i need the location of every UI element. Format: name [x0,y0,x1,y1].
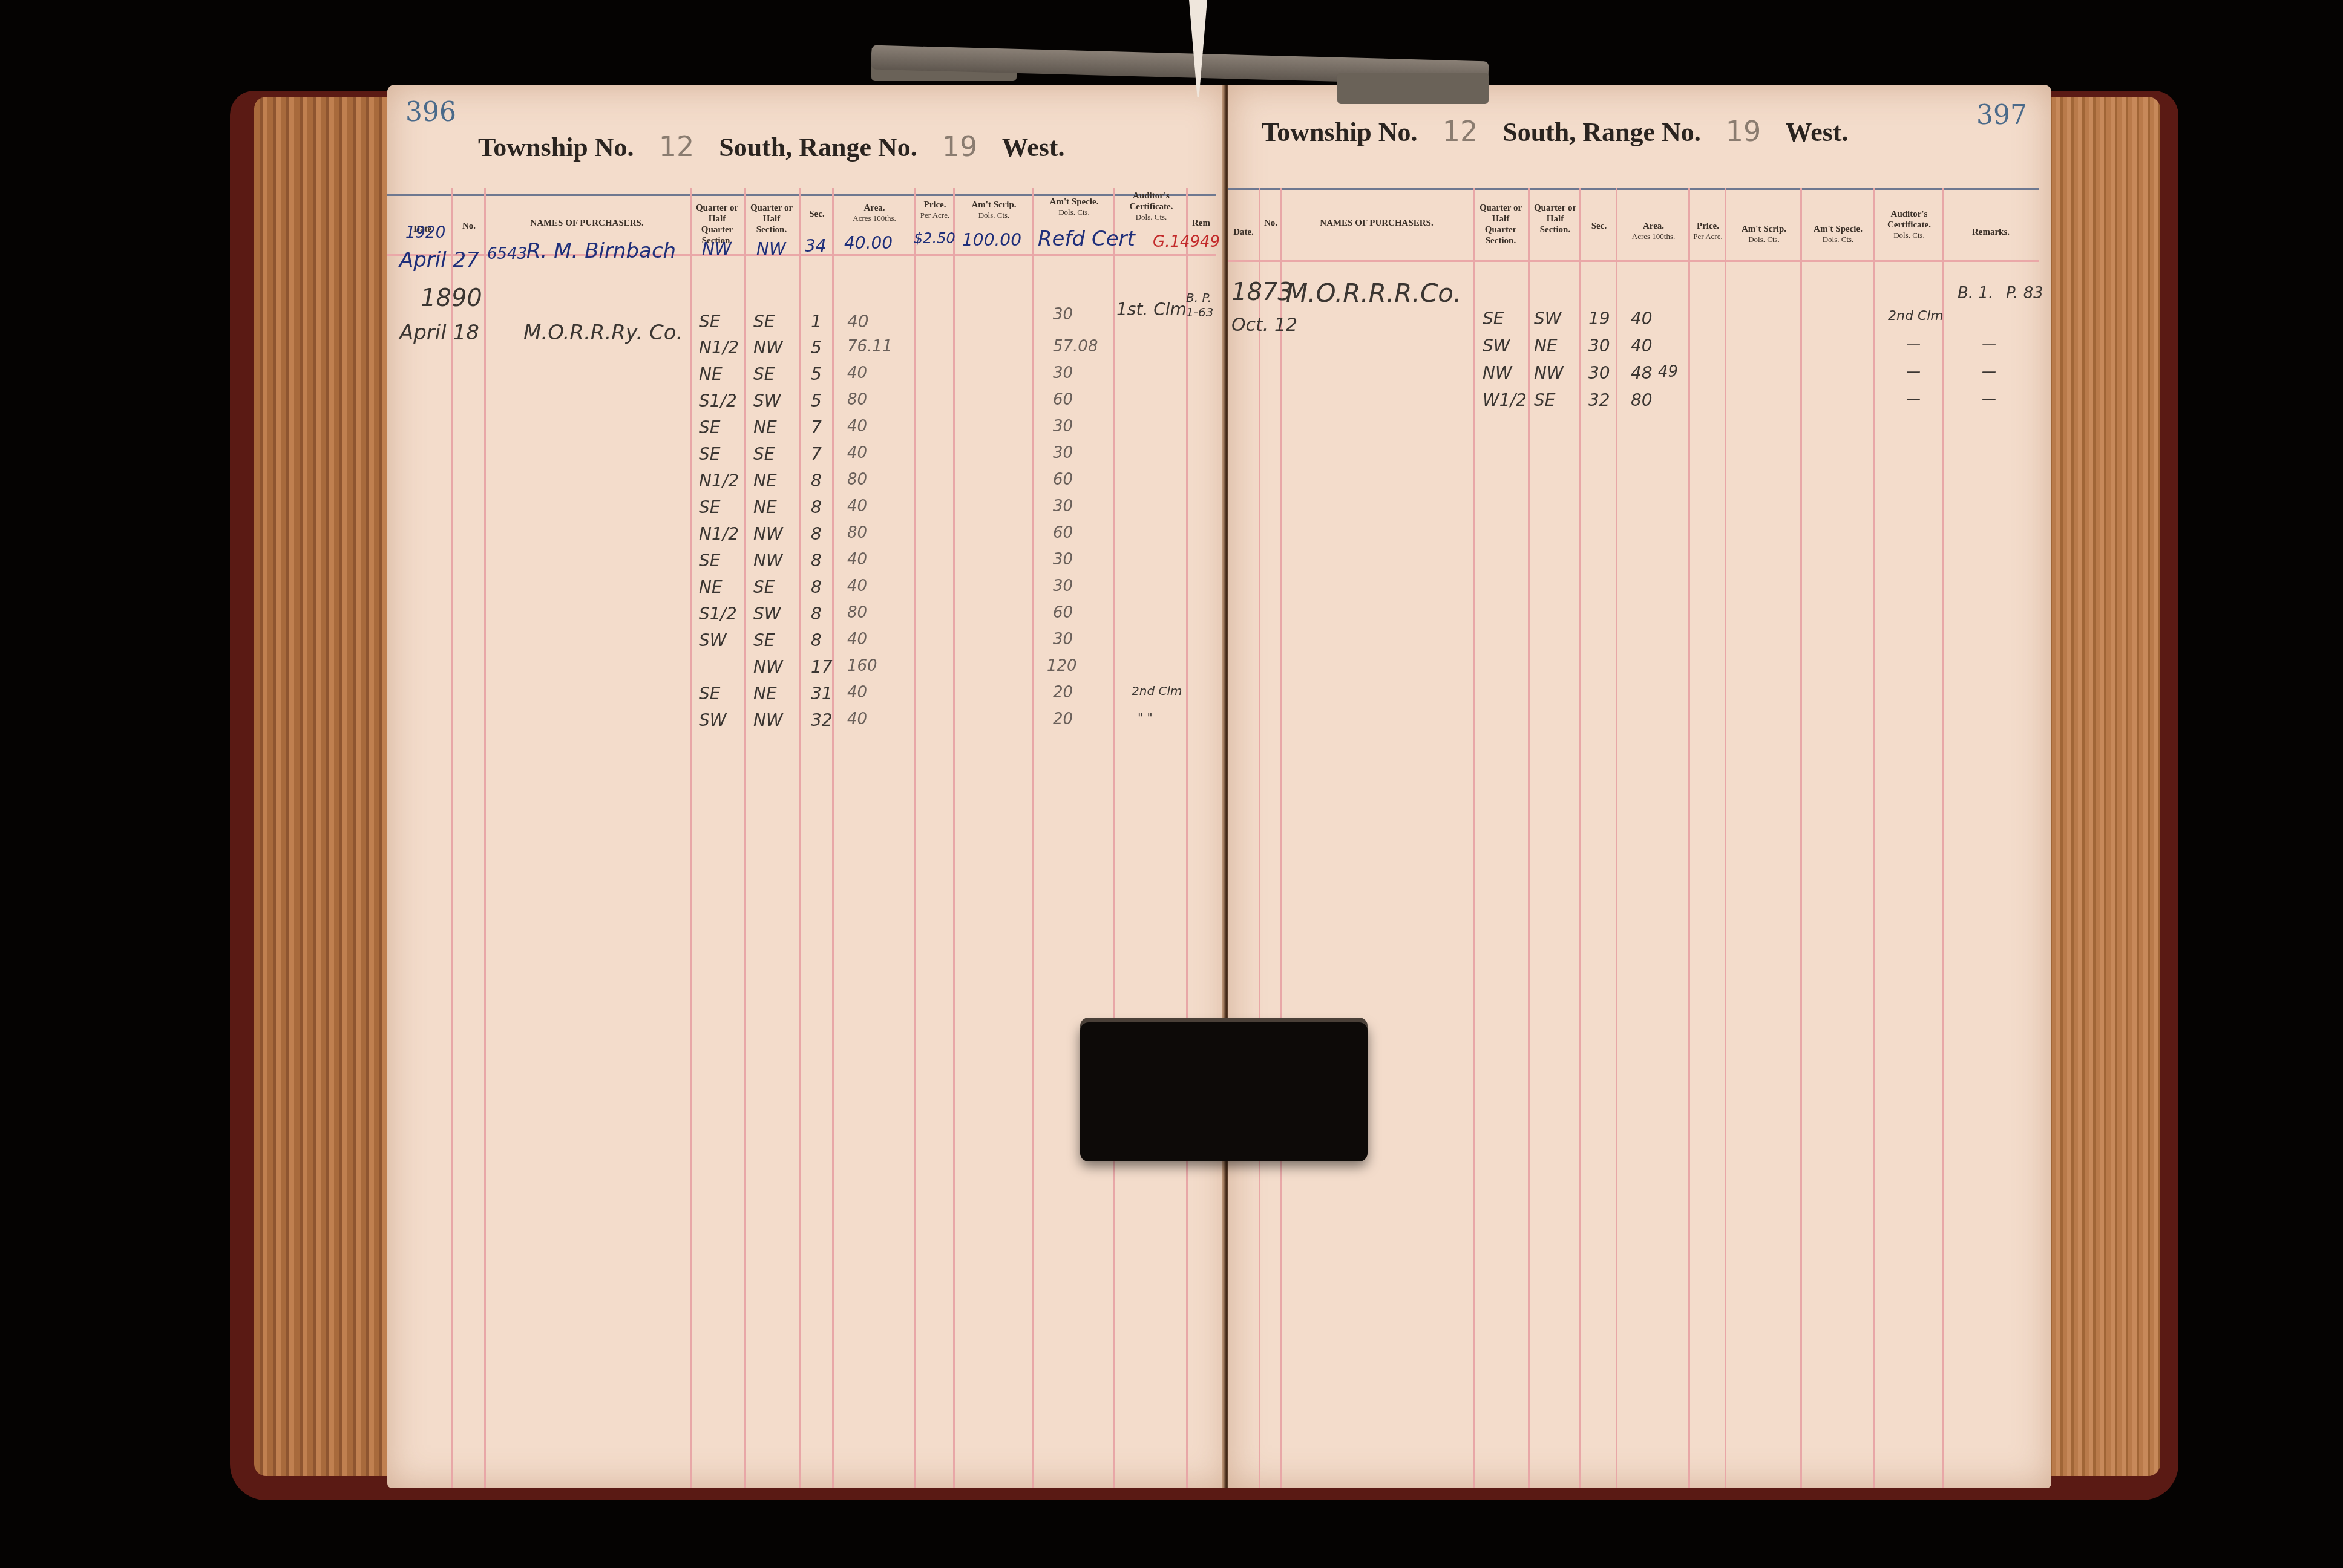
scrip-label: Am't Scrip. [971,200,1016,210]
entry-q: NE [1534,336,1558,356]
township-value: 12 [659,130,695,163]
entry-certificate: G.14949 [1153,233,1220,251]
area-sub: Acres 100ths. [1619,232,1688,241]
entry-sec: 5 [811,338,822,358]
entry-acres: 80 [847,604,867,622]
entry-acres: 40 [847,444,867,462]
entry-specie: 60 [1053,524,1073,542]
table-row: S1/2 SW 5 80 60 [387,391,1228,415]
entry-q: SW [753,604,781,624]
entry-qq: S1/2 [699,604,737,624]
entry-qq: SE [699,684,720,704]
entry-remarks: — [1982,336,1996,353]
entry-sec: 30 [1588,336,1610,356]
col-header-no: No. [1262,218,1280,229]
header-rule [1228,188,2039,190]
left-page: 396 Township No. 12 South, Range No. 19 … [387,85,1228,1488]
col-header-qq-section: Quarter or Half Quarter Section. [1476,203,1525,246]
bone-folder-icon [1189,0,1207,97]
col-header-specie: Am't Specie.Dols. Cts. [1803,224,1873,244]
entry-year: 1873 [1231,278,1293,306]
entry-specie: 60 [1053,471,1073,489]
township-value: 12 [1443,115,1478,148]
entry-q: NW [753,710,783,730]
entry-q: NW [753,524,783,544]
col-header-certificate: Auditor's Certificate.Dols. Cts. [1876,209,1942,240]
price-label: Price. [1697,221,1719,231]
entry-sec: 8 [811,577,822,597]
certificate-sub: Dols. Cts. [1876,230,1942,240]
west-label: West. [1786,117,1849,147]
column-divider [1579,188,1581,1488]
entry-q: NW [753,338,783,358]
certificate-sub: Dols. Cts. [1116,212,1186,222]
entry-certificate: 2nd Clm [1888,309,1944,324]
entry-qq: NE [699,364,723,384]
col-header-sec: Sec. [802,209,832,220]
column-divider [1280,188,1282,1488]
entry-q: NE [753,417,777,437]
column-divider [1528,188,1530,1488]
certificate-label: Auditor's Certificate. [1887,209,1931,230]
area-sub: Acres 100ths. [835,214,914,223]
page-stack-right [2045,97,2160,1476]
entry-year: 1920 [405,224,445,242]
col-header-scrip: Am't Scrip.Dols. Cts. [956,200,1032,220]
entry-acres: 80 [847,391,867,409]
entry-specie: 20 [1053,710,1073,728]
entry-sec: 8 [811,471,822,491]
col-header-q-section: Quarter or Half Section. [747,203,796,235]
column-header-rule [1228,260,2039,262]
entry-sec: 8 [811,550,822,570]
entry-acres: 80 [847,471,867,489]
page-stack-left [254,97,399,1476]
entry-remarks: — [1982,390,1996,407]
spatula-handle-icon [1337,73,1489,104]
township-label: Township No. [1262,117,1418,147]
range-label: South, Range No. [719,132,917,162]
price-sub: Per Acre. [917,211,953,220]
entry-acres: 40 [847,630,867,648]
entry-sec: 8 [811,524,822,544]
entry-sec: 19 [1588,309,1610,328]
col-header-purchasers: NAMES OF PURCHASERS. [490,218,684,229]
entry-purchaser: R. M. Birnbach [526,239,676,263]
entry-scrip: 100.00 [962,230,1021,250]
area-label: Area. [1643,221,1664,231]
entry-qq: SW [699,630,726,650]
entry-q: NE [753,497,777,517]
entry-sec: 1 [811,312,822,332]
township-label: Township No. [478,132,634,162]
col-header-purchasers: NAMES OF PURCHASERS. [1286,218,1467,229]
table-row: SW NW 32 40 20 " " [387,710,1228,734]
entry-acres: 40 [847,497,867,515]
column-divider [1473,188,1475,1488]
table-row: SE NW 8 40 30 [387,550,1228,575]
entry-acres: 80 [847,524,867,542]
scrip-sub: Dols. Cts. [1728,235,1800,244]
right-page: 397 Township No. 12 South, Range No. 19 … [1228,85,2051,1488]
entry-q: SE [753,364,775,384]
col-header-area: Area.Acres 100ths. [1619,221,1688,241]
table-row: N1/2 NW 8 80 60 [387,524,1228,548]
table-row: NE SE 8 40 30 [387,577,1228,601]
entry-year: 1890 [421,284,482,312]
column-divider [1942,188,1944,1488]
entry-remarks: B. P. 1-63 [1186,290,1222,319]
column-divider [1688,188,1690,1488]
entry-acres: 76.11 [847,338,892,356]
entry-qq: NW [702,239,732,259]
column-divider [1259,188,1260,1488]
page-title: Township No. 12 South, Range No. 19 West… [478,130,1064,163]
entry-specie: 30 [1053,444,1073,462]
col-header-q-section: Quarter or Half Section. [1531,203,1579,235]
table-row: SW SE 8 40 30 [387,630,1228,655]
entry-acres: 160 [847,657,877,675]
entry-specie: Refd Cert [1038,227,1135,251]
entry-qq: SE [699,312,720,332]
column-divider [1616,188,1617,1488]
entry-date: Oct. 12 [1231,315,1297,336]
table-row: N1/2 NW 5 76.11 57.08 [387,338,1228,362]
entry-hundredths: 49 [1658,363,1678,381]
col-header-specie: Am't Specie.Dols. Cts. [1035,197,1113,217]
entry-qq: SW [1483,336,1510,356]
entry-q: SE [753,630,775,650]
entry-qq: N1/2 [699,338,739,358]
entry-sec: 5 [811,364,822,384]
entry-qq: W1/2 [1483,390,1527,410]
scrip-sub: Dols. Cts. [956,211,1032,220]
entry-qq: S1/2 [699,391,737,411]
entry-q: NW [753,550,783,570]
entry-sec: 17 [811,657,833,677]
column-divider [1873,188,1875,1488]
specie-sub: Dols. Cts. [1803,235,1873,244]
entry-sec: 31 [811,684,833,704]
page-number: 396 [405,97,456,128]
entry-acres: 40 [1631,309,1653,328]
col-header-remarks: Rem [1189,218,1213,229]
range-label: South, Range No. [1502,117,1701,147]
table-row: SE SE 7 40 30 [387,444,1228,468]
entry-specie: 30 [1053,364,1073,382]
entry-acres: 40 [847,364,867,382]
entry-q: SW [1534,309,1561,328]
entry-purchaser: M.O.R.R.R.Co. [1286,278,1461,308]
col-header-certificate: Auditor's Certificate.Dols. Cts. [1116,191,1186,222]
entry-specie: 57.08 [1053,338,1098,356]
entry-qq: N1/2 [699,524,739,544]
entry-q: NW [753,657,783,677]
entry-certificate: 2nd Clm [1132,684,1182,698]
entry-q: SW [753,391,781,411]
column-divider [1725,188,1726,1488]
entry-acres: 40 [847,577,867,595]
entry-sec: 5 [811,391,822,411]
entry-certificate: 1st. Clm [1116,299,1187,319]
entry-qq: SE [699,444,720,464]
header-rule [387,194,1216,196]
entry-qq: N1/2 [699,471,739,491]
entry-q: NW [1534,363,1564,383]
area-label: Area. [863,203,885,213]
specie-sub: Dols. Cts. [1035,207,1113,217]
entry-specie: 30 [1053,550,1073,569]
col-header-scrip: Am't Scrip.Dols. Cts. [1728,224,1800,244]
entry-date: April 27 [399,248,479,272]
entry-acres: 48 [1631,363,1653,383]
entry-sec: 8 [811,497,822,517]
entry-qq: SE [699,550,720,570]
entry-price: $2.50 [914,230,955,247]
specie-label: Am't Specie. [1050,197,1099,207]
page-number: 397 [1976,100,2027,131]
entry-certificate: — [1906,336,1921,353]
west-label: West. [1002,132,1065,162]
table-row: NE SE 5 40 30 [387,364,1228,388]
col-header-price: Price.Per Acre. [917,200,953,220]
entry-specie: 30 [1053,577,1073,595]
entry-q: NW [756,239,786,259]
table-row: S1/2 SW 8 80 60 [387,604,1228,628]
entry-sec: 8 [811,630,822,650]
entry-sec: 32 [1588,390,1610,410]
certificate-label: Auditor's Certificate. [1129,191,1173,212]
entry-sec: 7 [811,417,822,437]
entry-specie: 30 [1053,497,1073,515]
entry-acres: 40 [847,312,869,332]
entry-q: SE [753,312,775,332]
entry-remarks: — [1982,363,1996,380]
table-row: N1/2 NE 8 80 60 [387,471,1228,495]
entry-q: SE [1534,390,1555,410]
range-value: 19 [1726,115,1761,148]
entry-acres: 40 [847,417,867,436]
col-header-sec: Sec. [1582,221,1616,232]
entry-q: SE [753,444,775,464]
column-divider [1800,188,1802,1488]
entry-qq: SW [699,710,726,730]
table-row: SE NE 31 40 20 2nd Clm [387,684,1228,708]
entry-acres: 80 [1631,390,1653,410]
entry-acres: 40.00 [844,233,893,253]
entry-acres: 40 [1631,336,1653,356]
entry-q: NE [753,684,777,704]
entry-qq: NE [699,577,723,597]
price-sub: Per Acre. [1691,232,1725,241]
entry-qq: NW [1483,363,1512,383]
entry-remarks-page: P. 83 [2006,284,2043,302]
entry-qq: SE [699,417,720,437]
entry-qq: SE [1483,309,1504,328]
entry-specie: 20 [1053,684,1073,702]
col-header-date: Date. [1228,227,1259,238]
table-row: SE NE 8 40 30 [387,497,1228,521]
entry-specie: 60 [1053,391,1073,409]
entry-q: NE [753,471,777,491]
price-label: Price. [923,200,946,210]
entry-sec: 8 [811,604,822,624]
entry-certificate: — [1906,363,1921,380]
entry-acres: 40 [847,710,867,728]
col-header-price: Price.Per Acre. [1691,221,1725,241]
entry-q: SE [753,577,775,597]
range-value: 19 [942,130,978,163]
col-header-remarks: Remarks. [1945,227,2036,238]
entry-remarks-book: B. 1. [1958,284,1993,302]
entry-acres: 40 [847,684,867,702]
col-header-no: No. [454,221,484,232]
entry-qq: SE [699,497,720,517]
entry-sec: 7 [811,444,822,464]
entry-sec: 32 [811,710,833,730]
entry-acres: 40 [847,550,867,569]
entry-specie: 120 [1047,657,1077,675]
specie-label: Am't Specie. [1814,224,1863,234]
entry-sec: 34 [805,236,827,256]
entry-specie: 30 [1053,417,1073,436]
table-row: SE NE 7 40 30 [387,417,1228,442]
entry-certificate: — [1906,390,1921,407]
entry-specie: 30 [1053,630,1073,648]
entry-sec: 30 [1588,363,1610,383]
table-row: NW 17 160 120 [387,657,1228,681]
entry-certificate: " " [1138,710,1153,725]
entry-specie: 60 [1053,604,1073,622]
scrip-label: Am't Scrip. [1742,224,1786,234]
book-weight-block [1080,1022,1368,1161]
page-title: Township No. 12 South, Range No. 19 West… [1262,115,1848,148]
entry-no: 6543 [487,245,527,263]
entry-specie: 30 [1053,305,1073,324]
col-header-area: Area.Acres 100ths. [835,203,914,223]
